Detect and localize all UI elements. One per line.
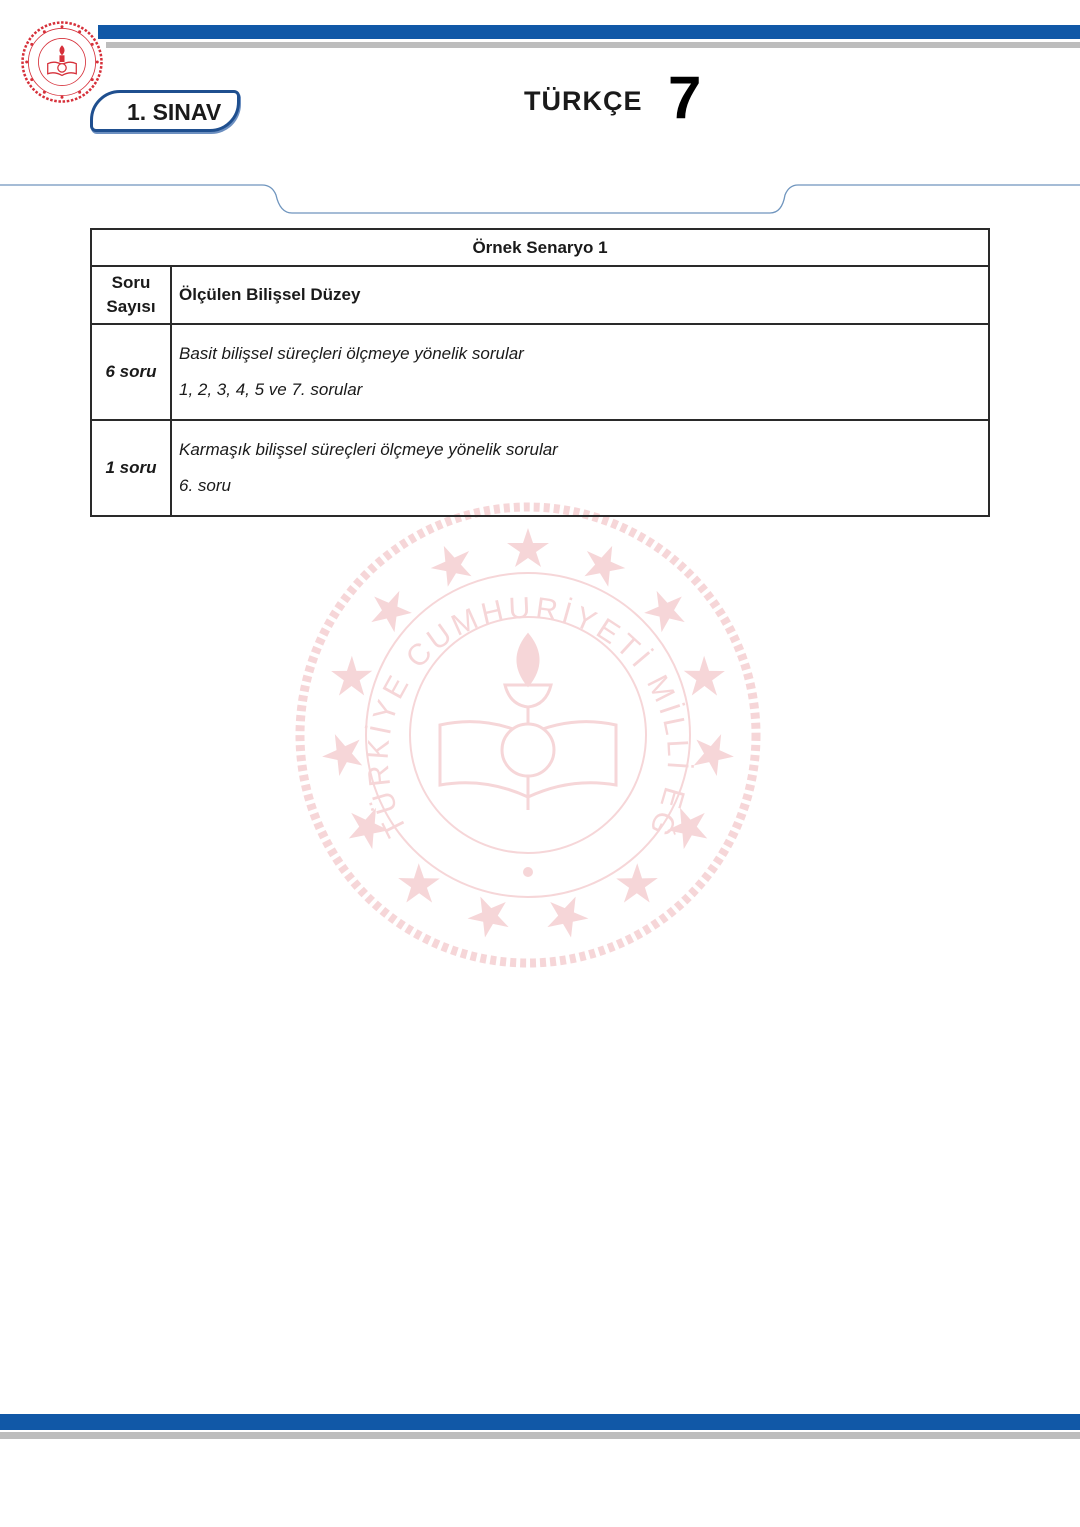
row-questions: 6. soru (179, 468, 987, 504)
table-title: Örnek Senaryo 1 (91, 229, 989, 266)
row-count: 6 soru (91, 324, 171, 420)
subject-title: TÜRKÇE (524, 86, 643, 117)
footer-gray-stripe (0, 1432, 1080, 1439)
row-questions: 1, 2, 3, 4, 5 ve 7. sorular (179, 372, 987, 408)
table-row: 6 soru Basit bilişsel süreçleri ölçmeye … (91, 324, 989, 420)
header-count-line1: Soru (93, 271, 169, 295)
header-question-count: Soru Sayısı (91, 266, 171, 324)
exam-number-badge: 1. SINAV (90, 90, 240, 132)
table-header-row: Soru Sayısı Ölçülen Bilişsel Düzey (91, 266, 989, 324)
meb-seal-watermark-icon: TÜRKİYE CUMHURİYETİ MİLLİ EĞİTİM BAKANLI… (290, 500, 770, 980)
table-title-row: Örnek Senaryo 1 (91, 229, 989, 266)
row-count: 1 soru (91, 420, 171, 516)
grade-number: 7 (668, 68, 701, 128)
scenario-table: Örnek Senaryo 1 Soru Sayısı Ölçülen Bili… (90, 228, 990, 517)
row-level: Karmaşık bilişsel süreçleri ölçmeye yöne… (171, 420, 989, 516)
header-cognitive-level: Ölçülen Bilişsel Düzey (171, 266, 989, 324)
header-blue-stripe (98, 25, 1080, 39)
header-divider (0, 180, 1080, 220)
header-gray-stripe (106, 42, 1080, 48)
row-level-text: Basit bilişsel süreçleri ölçmeye yönelik… (179, 336, 987, 372)
row-level: Basit bilişsel süreçleri ölçmeye yönelik… (171, 324, 989, 420)
footer-blue-stripe (0, 1414, 1080, 1430)
table-row: 1 soru Karmaşık bilişsel süreçleri ölçme… (91, 420, 989, 516)
meb-seal-icon (20, 20, 104, 104)
header-count-line2: Sayısı (93, 295, 169, 319)
row-level-text: Karmaşık bilişsel süreçleri ölçmeye yöne… (179, 432, 987, 468)
exam-label: 1. SINAV (127, 99, 221, 126)
